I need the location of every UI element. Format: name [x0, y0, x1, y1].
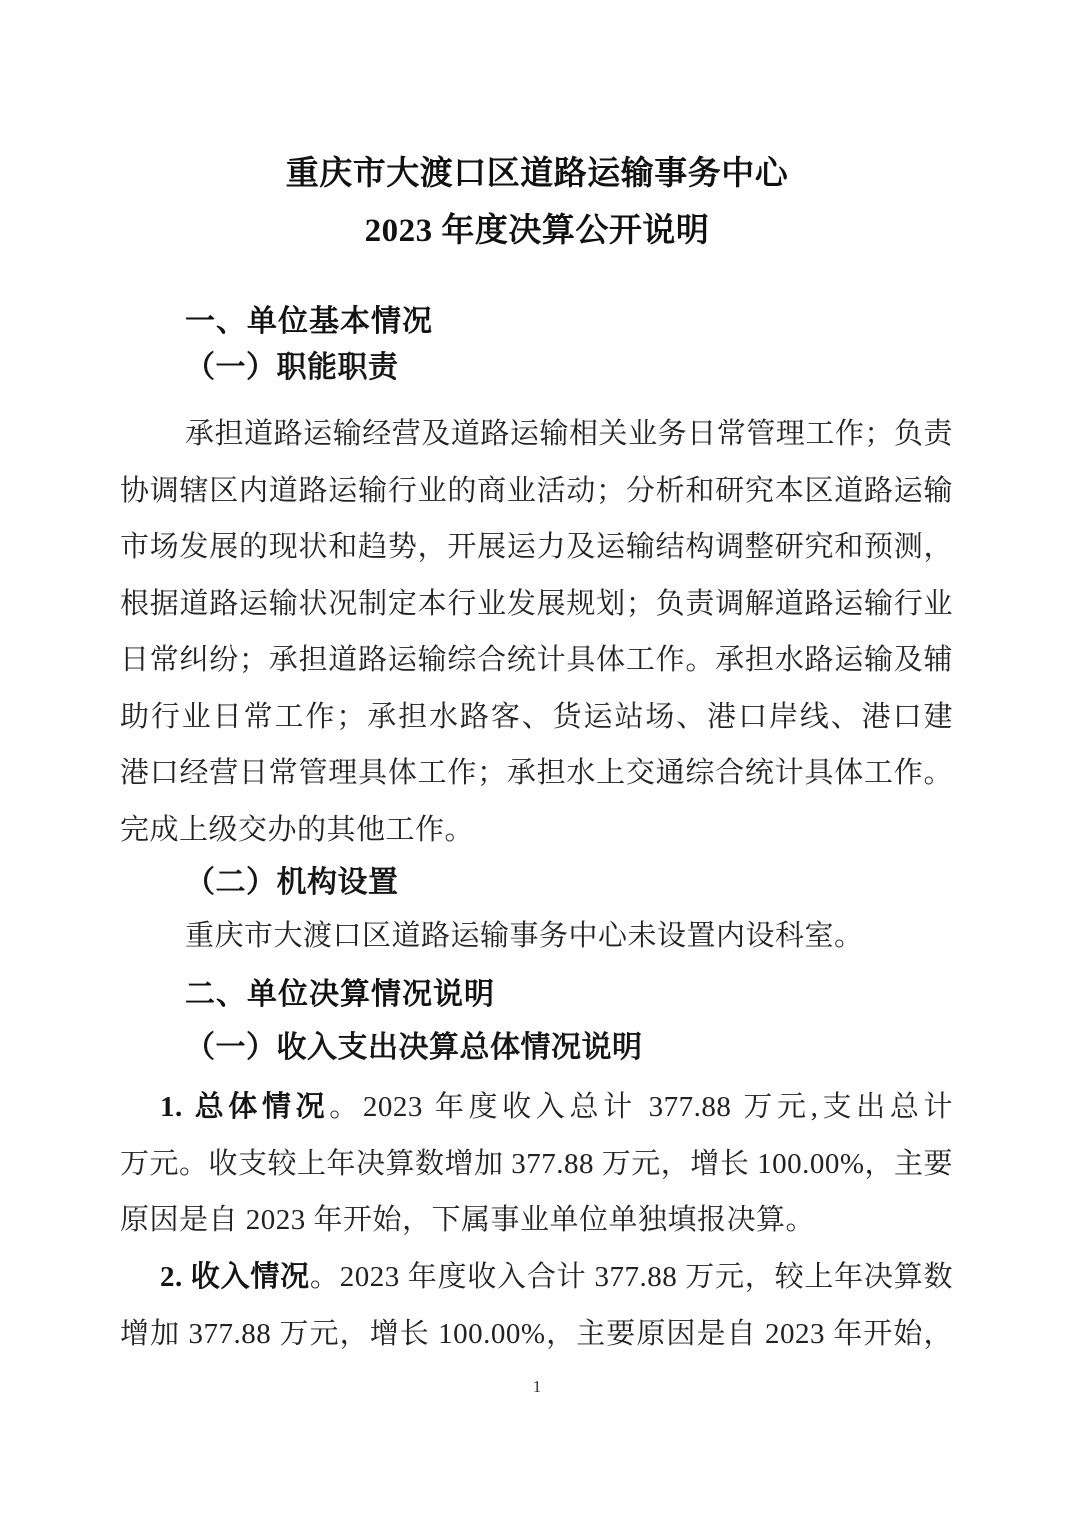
paragraph-income-situation: 2. 收入情况。2023 年度收入合计 377.88 万元，较上年决算数 增加 … — [120, 1249, 953, 1362]
paragraph-duties: 承担道路运输经营及道路运输相关业务日常管理工作；负责 协调辖区内道路运输行业的商… — [120, 406, 953, 858]
paragraph-organization: 重庆市大渡口区道路运输事务中心未设置内设科室。 — [120, 908, 953, 965]
subsection-heading-duties: （一）职能职责 — [120, 340, 953, 397]
document-title: 重庆市大渡口区道路运输事务中心 2023 年度决算公开说明 — [0, 146, 1074, 260]
body-line: 协调辖区内道路运输行业的商业活动；分析和研究本区道路运输 — [120, 463, 953, 520]
document-title-line1: 重庆市大渡口区道路运输事务中心 — [0, 146, 1074, 203]
body-line: 根据道路运输状况制定本行业发展规划；负责调解道路运输行业 — [120, 576, 953, 633]
paragraph-overall-situation: 1. 总体情况。2023 年度收入总计 377.88 万元,支出总计 377.8… — [120, 1079, 953, 1249]
body-line: 原因是自 2023 年开始，下属事业单位单独填报决算。 — [120, 1192, 953, 1249]
body-line: 万元。收支较上年决算数增加 377.88 万元，增长 100.00%，主要 — [120, 1136, 953, 1193]
body-line: 助行业日常工作；承担水路客、货运站场、港口岸线、港口建设、 — [120, 689, 953, 746]
body-line: 港口经营日常管理具体工作；承担水上交通综合统计具体工作。 — [120, 745, 953, 802]
page-number: 1 — [0, 1376, 1074, 1398]
body-line: 日常纠纷；承担道路运输综合统计具体工作。承担水路运输及辅 — [120, 632, 953, 689]
document-title-line2: 2023 年度决算公开说明 — [0, 203, 1074, 260]
numbered-item-label: 1. 总体情况 — [160, 1091, 329, 1123]
body-line: 2. 收入情况。2023 年度收入合计 377.88 万元，较上年决算数 — [120, 1249, 953, 1306]
body-line: 市场发展的现状和趋势，开展运力及运输结构调整研究和预测， — [120, 519, 953, 576]
body-line: 承担道路运输经营及道路运输相关业务日常管理工作；负责 — [120, 406, 953, 463]
subsection-heading-organization: （二）机构设置 — [120, 855, 953, 912]
body-line: 完成上级交办的其他工作。 — [120, 802, 953, 859]
section-heading-budget-statement: 二、单位决算情况说明 — [120, 967, 953, 1024]
body-line: 重庆市大渡口区道路运输事务中心未设置内设科室。 — [120, 908, 953, 965]
body-text: 。2023 年度收入合计 377.88 万元，较上年决算数 — [310, 1261, 953, 1293]
document-page: 重庆市大渡口区道路运输事务中心 2023 年度决算公开说明 一、单位基本情况 （… — [0, 0, 1074, 1520]
subsection-heading-income-expense-overview: （一）收入支出决算总体情况说明 — [120, 1020, 953, 1077]
body-line: 1. 总体情况。2023 年度收入总计 377.88 万元,支出总计 377.8… — [120, 1079, 953, 1136]
numbered-item-label: 2. 收入情况 — [160, 1261, 310, 1293]
body-line: 增加 377.88 万元，增长 100.00%，主要原因是自 2023 年开始，… — [120, 1306, 953, 1363]
